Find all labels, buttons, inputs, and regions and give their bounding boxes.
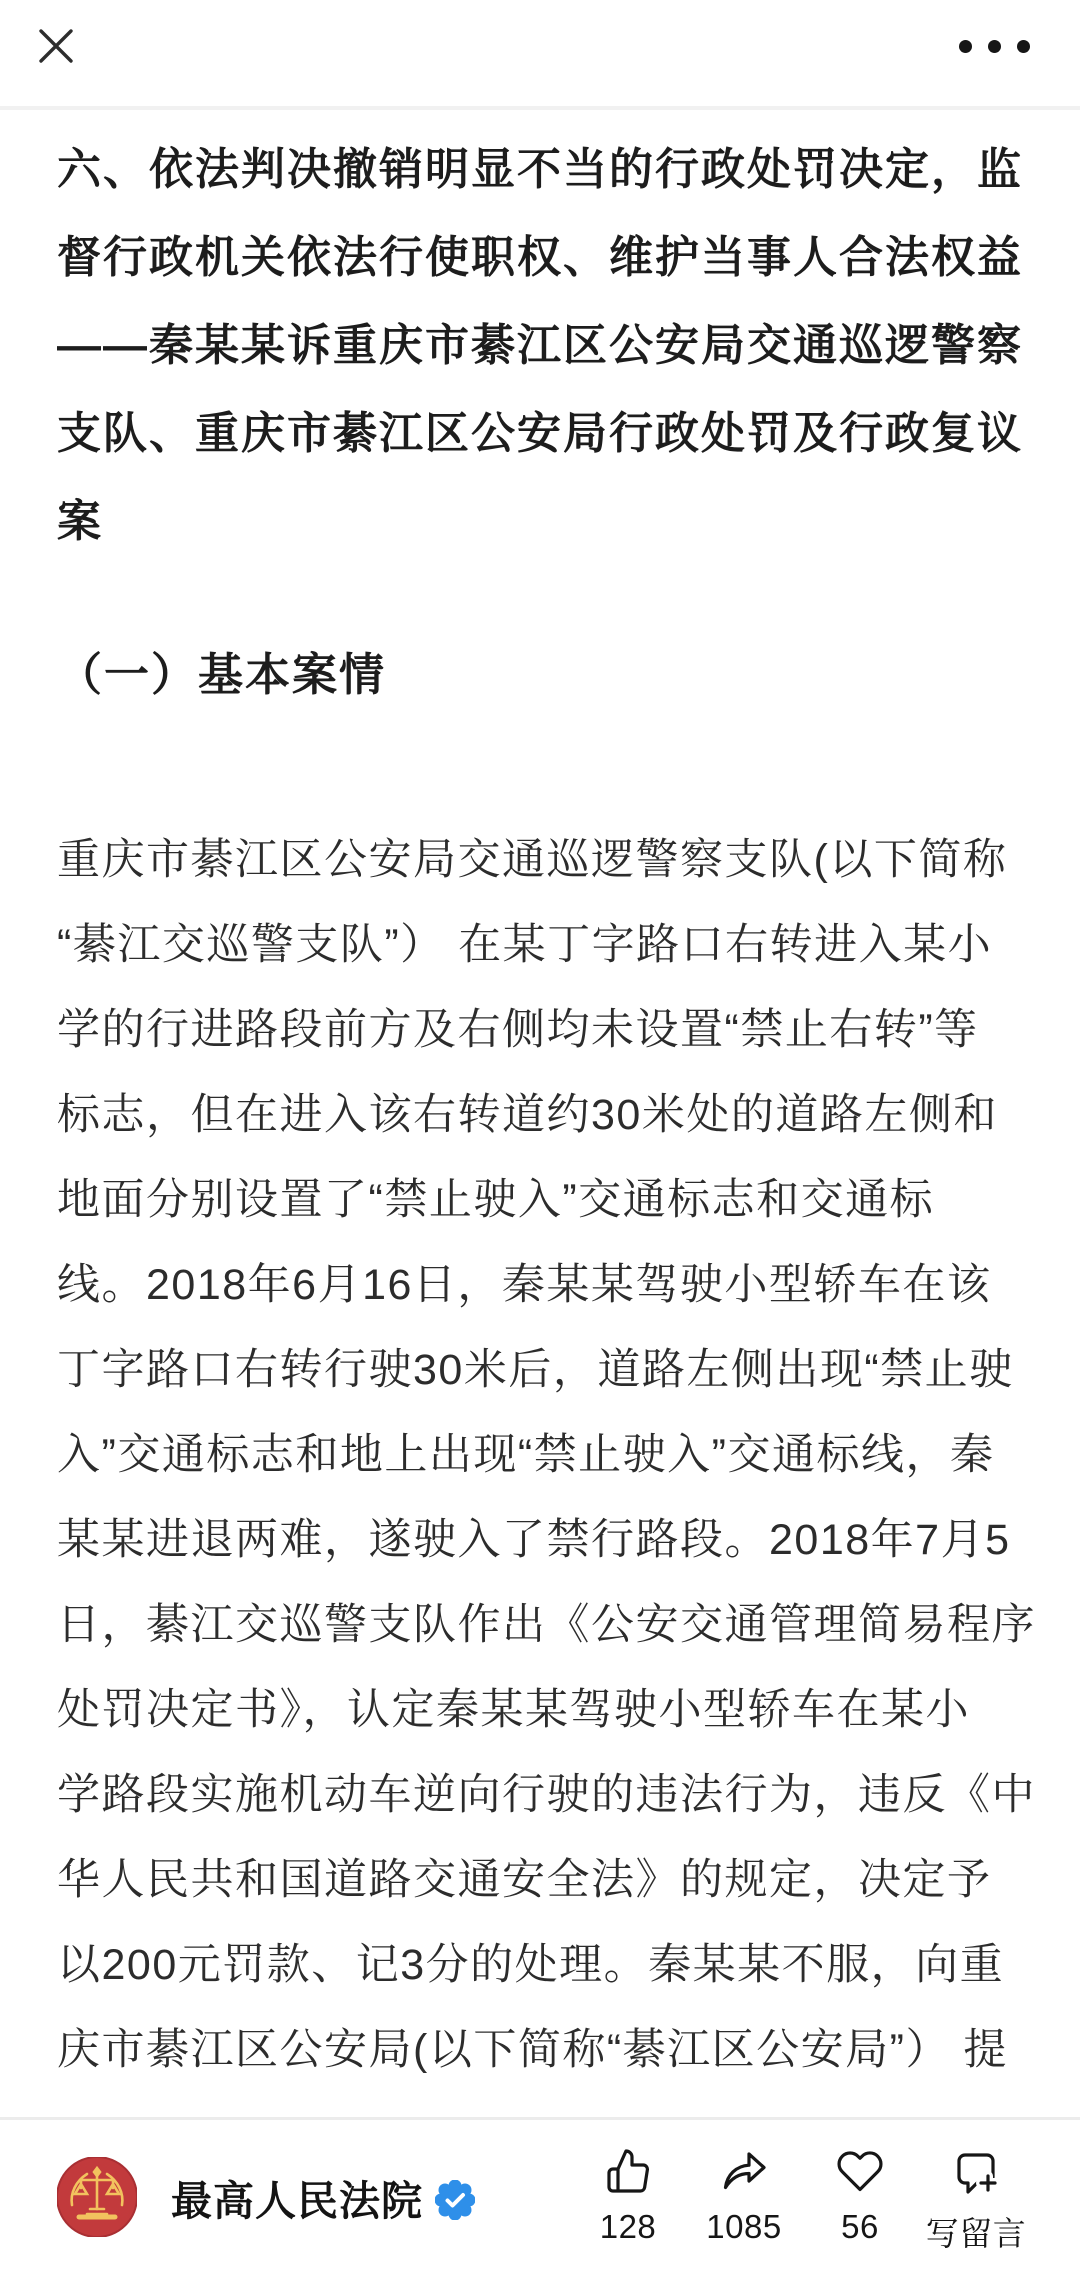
article-content: 六、依法判决撤销明显不当的行政处罚决定，监 督行政机关依法行使职权、维护当事人合…	[0, 126, 1080, 2093]
title-line: 督行政机关依法行使职权、维护当事人合法权益	[57, 214, 1023, 302]
court-logo-icon	[57, 2157, 137, 2237]
account-name: 最高人民法院	[171, 2168, 423, 2227]
more-icon	[988, 40, 1001, 53]
title-line: ——秦某某诉重庆市綦江区公安局交通巡逻警察	[57, 302, 1023, 390]
top-bar	[0, 0, 1080, 110]
close-icon	[35, 25, 77, 67]
verified-badge-icon	[435, 2180, 475, 2220]
title-line: 支队、重庆市綦江区公安局行政处罚及行政复议	[57, 390, 1023, 478]
share-arrow-icon	[720, 2147, 768, 2195]
body-line: 线。2018年6月16日，秦某某驾驶小型轿车在该	[57, 1243, 1023, 1328]
comment-button[interactable]: 写留言	[918, 2120, 1034, 2274]
comment-label: 写留言	[926, 2208, 1027, 2255]
body-line: 以200元罚款、记3分的处理。秦某某不服，向重	[57, 1923, 1023, 2008]
more-icon	[1017, 40, 1030, 53]
body-line: 庆市綦江区公安局(以下简称“綦江区公安局”） 提	[57, 2008, 1023, 2093]
article-body: 重庆市綦江区公安局交通巡逻警察支队(以下简称 “綦江交巡警支队”） 在某丁字路口…	[57, 818, 1023, 2093]
body-line: 重庆市綦江区公安局交通巡逻警察支队(以下简称	[57, 818, 1023, 903]
favorite-count: 56	[841, 2208, 879, 2246]
close-button[interactable]	[28, 18, 84, 74]
like-button[interactable]: 128	[570, 2120, 686, 2274]
body-line: 标志，但在进入该右转道约30米处的道路左侧和	[57, 1073, 1023, 1158]
body-line: 处罚决定书》，认定秦某某驾驶小型轿车在某小	[57, 1668, 1023, 1753]
account-info[interactable]: 最高人民法院	[57, 2157, 475, 2237]
body-line: 入”交通标志和地上出现“禁止驶入”交通标线，秦	[57, 1413, 1023, 1498]
title-line: 六、依法判决撤销明显不当的行政处罚决定，监	[57, 126, 1023, 214]
heart-icon	[836, 2147, 884, 2195]
article-viewer: 六、依法判决撤销明显不当的行政处罚决定，监 督行政机关依法行使职权、维护当事人合…	[0, 0, 1080, 2093]
body-line: 华人民共和国道路交通安全法》的规定，决定予	[57, 1838, 1023, 1923]
more-options-button[interactable]	[953, 26, 1036, 66]
more-icon	[959, 40, 972, 53]
title-line: 案	[57, 478, 1023, 566]
action-bar: 128 1085 56 写留言	[570, 2120, 1034, 2274]
share-count: 1085	[706, 2208, 781, 2246]
body-line: “綦江交巡警支队”） 在某丁字路口右转进入某小	[57, 903, 1023, 988]
body-line: 日，綦江交巡警支队作出《公安交通管理简易程序	[57, 1583, 1023, 1668]
favorite-button[interactable]: 56	[802, 2120, 918, 2274]
body-line: 丁字路口右转行驶30米后，道路左侧出现“禁止驶	[57, 1328, 1023, 1413]
article-title: 六、依法判决撤销明显不当的行政处罚决定，监 督行政机关依法行使职权、维护当事人合…	[57, 126, 1023, 566]
bottom-bar: 最高人民法院 128	[0, 2117, 1080, 2274]
thumbs-up-icon	[604, 2147, 652, 2195]
like-count: 128	[600, 2208, 657, 2246]
body-line: 某某进退两难，遂驶入了禁行路段。2018年7月5	[57, 1498, 1023, 1583]
body-line: 学路段实施机动车逆向行驶的违法行为，违反《中	[57, 1753, 1023, 1838]
share-button[interactable]: 1085	[686, 2120, 802, 2274]
body-line: 地面分别设置了“禁止驶入”交通标志和交通标	[57, 1158, 1023, 1243]
section-heading: （一）基本案情	[57, 644, 1023, 706]
comment-plus-icon	[952, 2147, 1000, 2195]
body-line: 学的行进路段前方及右侧均未设置“禁止右转”等	[57, 988, 1023, 1073]
